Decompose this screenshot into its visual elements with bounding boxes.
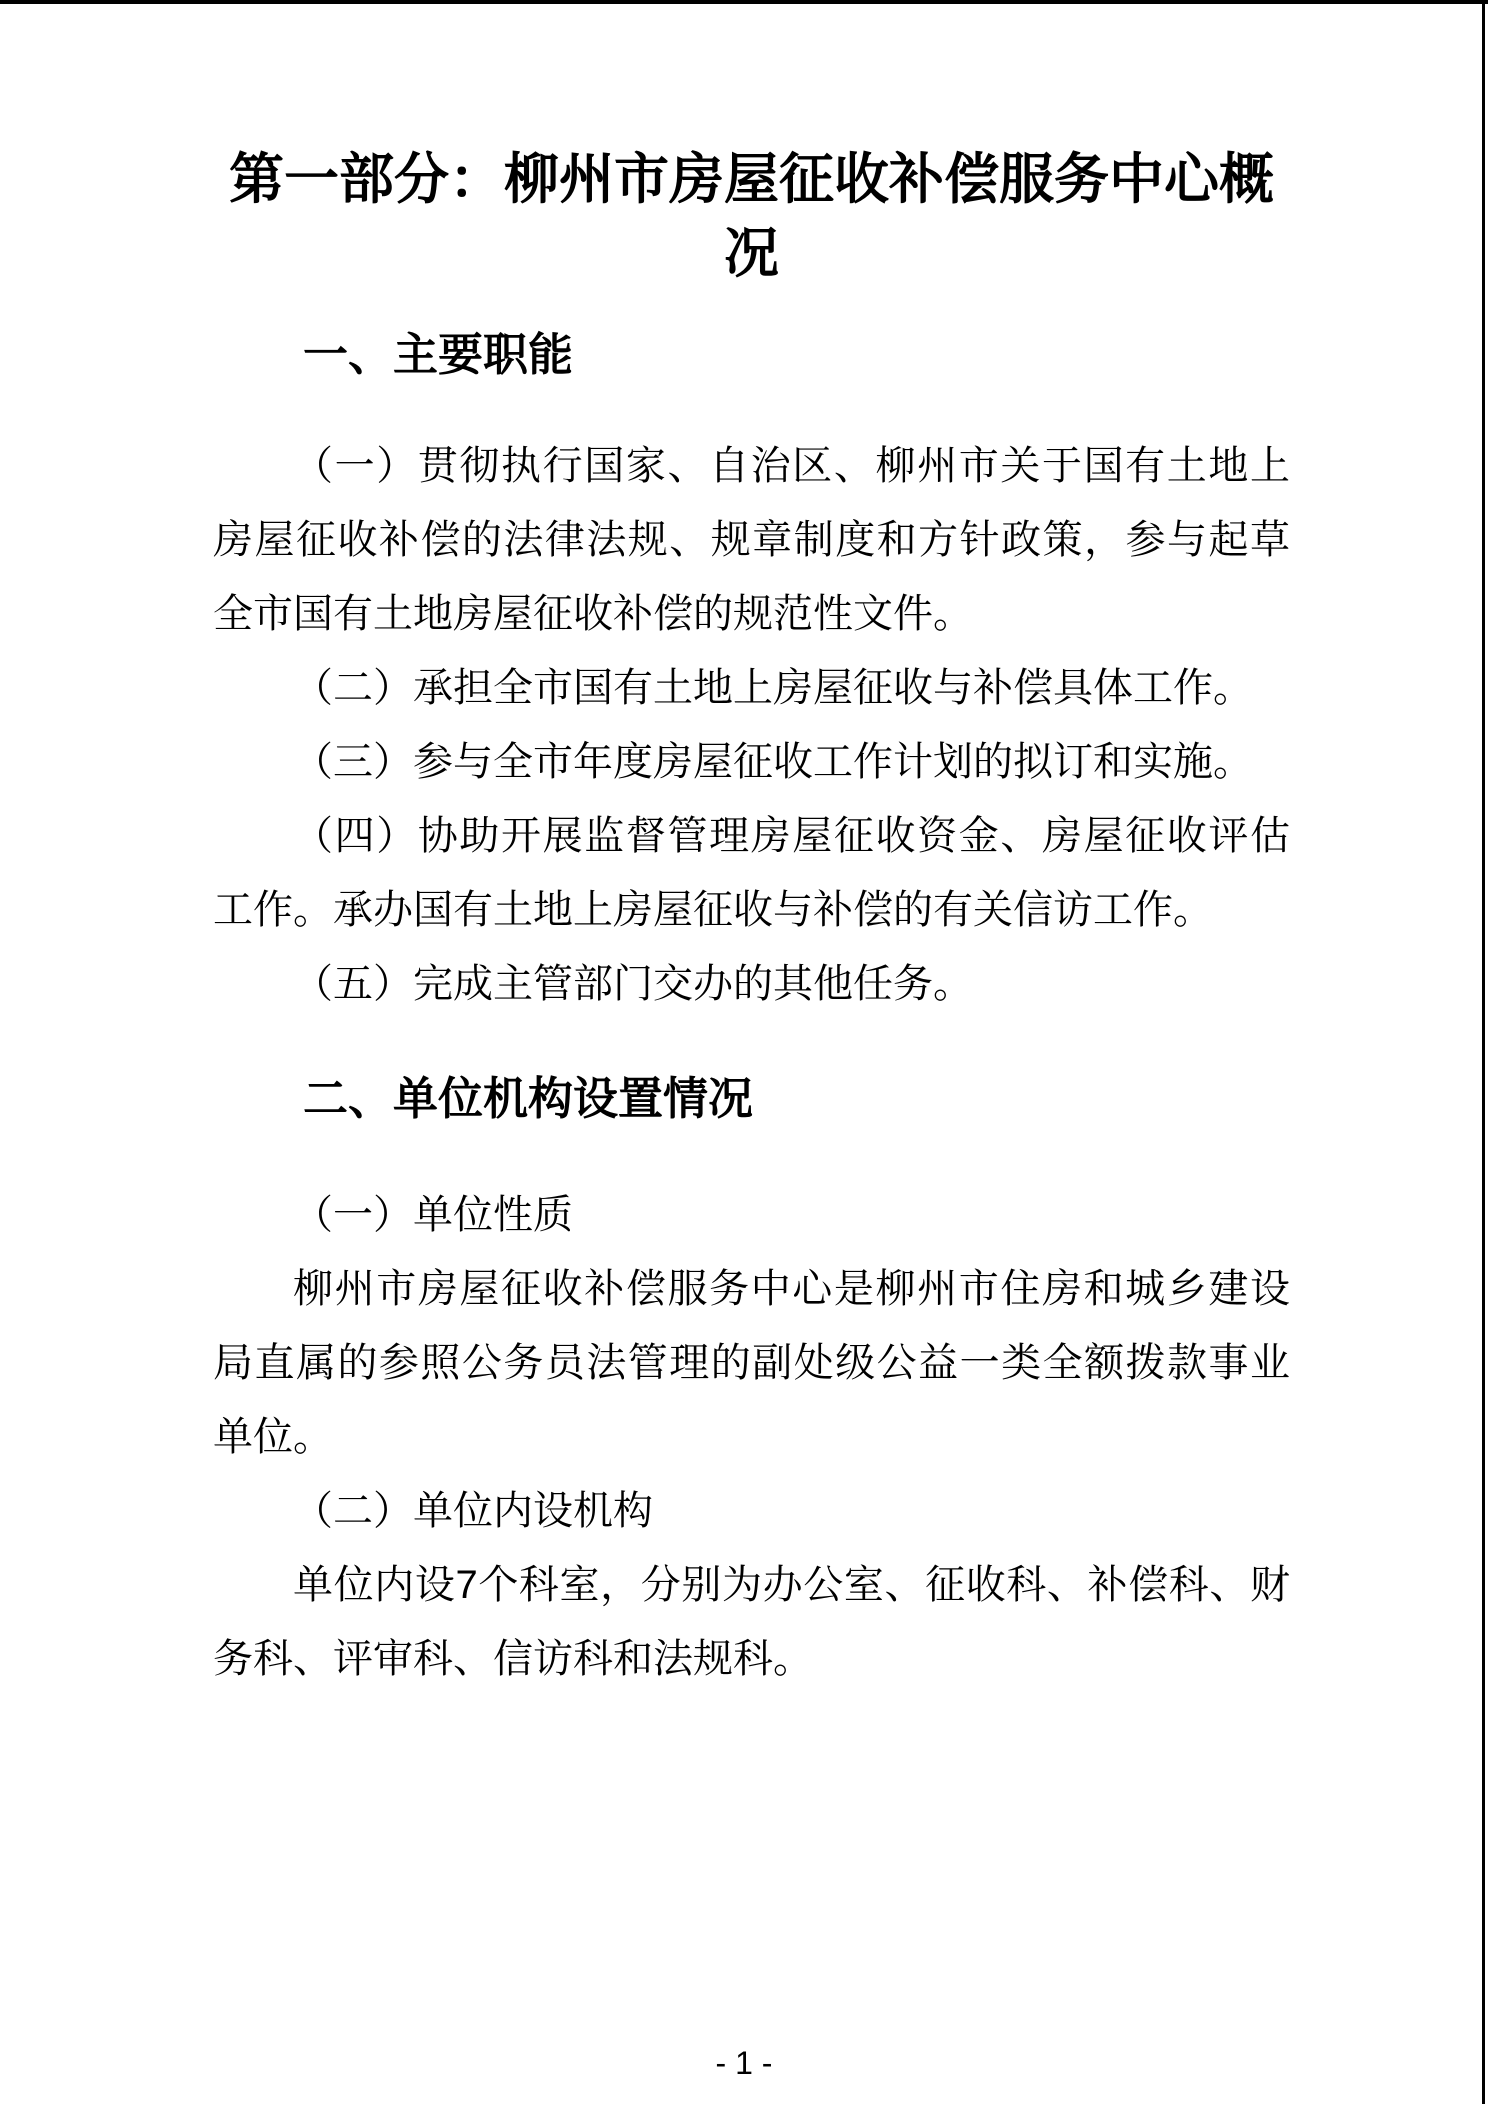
document-title-line-2: 况 [213, 216, 1290, 290]
paragraph-function-3: （三）参与全市年度房屋征收工作计划的拟订和实施。 [213, 725, 1290, 799]
paragraph-function-1: （一）贯彻执行国家、自治区、柳州市关于国有土地上房屋征收补偿的法律法规、规章制度… [213, 429, 1290, 651]
document-content: 第一部分：柳州市房屋征收补偿服务中心概 况 一、主要职能 （一）贯彻执行国家、自… [0, 142, 1488, 1696]
section-heading-org-structure: 二、单位机构设置情况 [213, 1070, 1290, 1128]
paragraph-internal-departments: 单位内设7个科室，分别为办公室、征收科、补偿科、财务科、评审科、信访科和法规科。 [213, 1548, 1290, 1696]
paragraph-function-4: （四）协助开展监督管理房屋征收资金、房屋征收评估工作。承办国有土地上房屋征收与补… [213, 799, 1290, 947]
paragraph-unit-nature: 柳州市房屋征收补偿服务中心是柳州市住房和城乡建设局直属的参照公务员法管理的副处级… [213, 1252, 1290, 1474]
paragraph-function-2: （二）承担全市国有土地上房屋征收与补偿具体工作。 [213, 651, 1290, 725]
subheading-unit-nature: （一）单位性质 [213, 1178, 1290, 1252]
paragraph-function-5: （五）完成主管部门交办的其他任务。 [213, 947, 1290, 1021]
document-title: 第一部分：柳州市房屋征收补偿服务中心概 况 [213, 142, 1290, 290]
scan-top-edge-artifact [0, 0, 1488, 4]
document-page: 第一部分：柳州市房屋征收补偿服务中心概 况 一、主要职能 （一）贯彻执行国家、自… [0, 0, 1488, 2104]
subheading-internal-departments: （二）单位内设机构 [213, 1474, 1290, 1548]
page-number: - 1 - [0, 2042, 1488, 2084]
section-heading-main-functions: 一、主要职能 [213, 326, 1290, 384]
document-title-line-1: 第一部分：柳州市房屋征收补偿服务中心概 [213, 142, 1290, 216]
